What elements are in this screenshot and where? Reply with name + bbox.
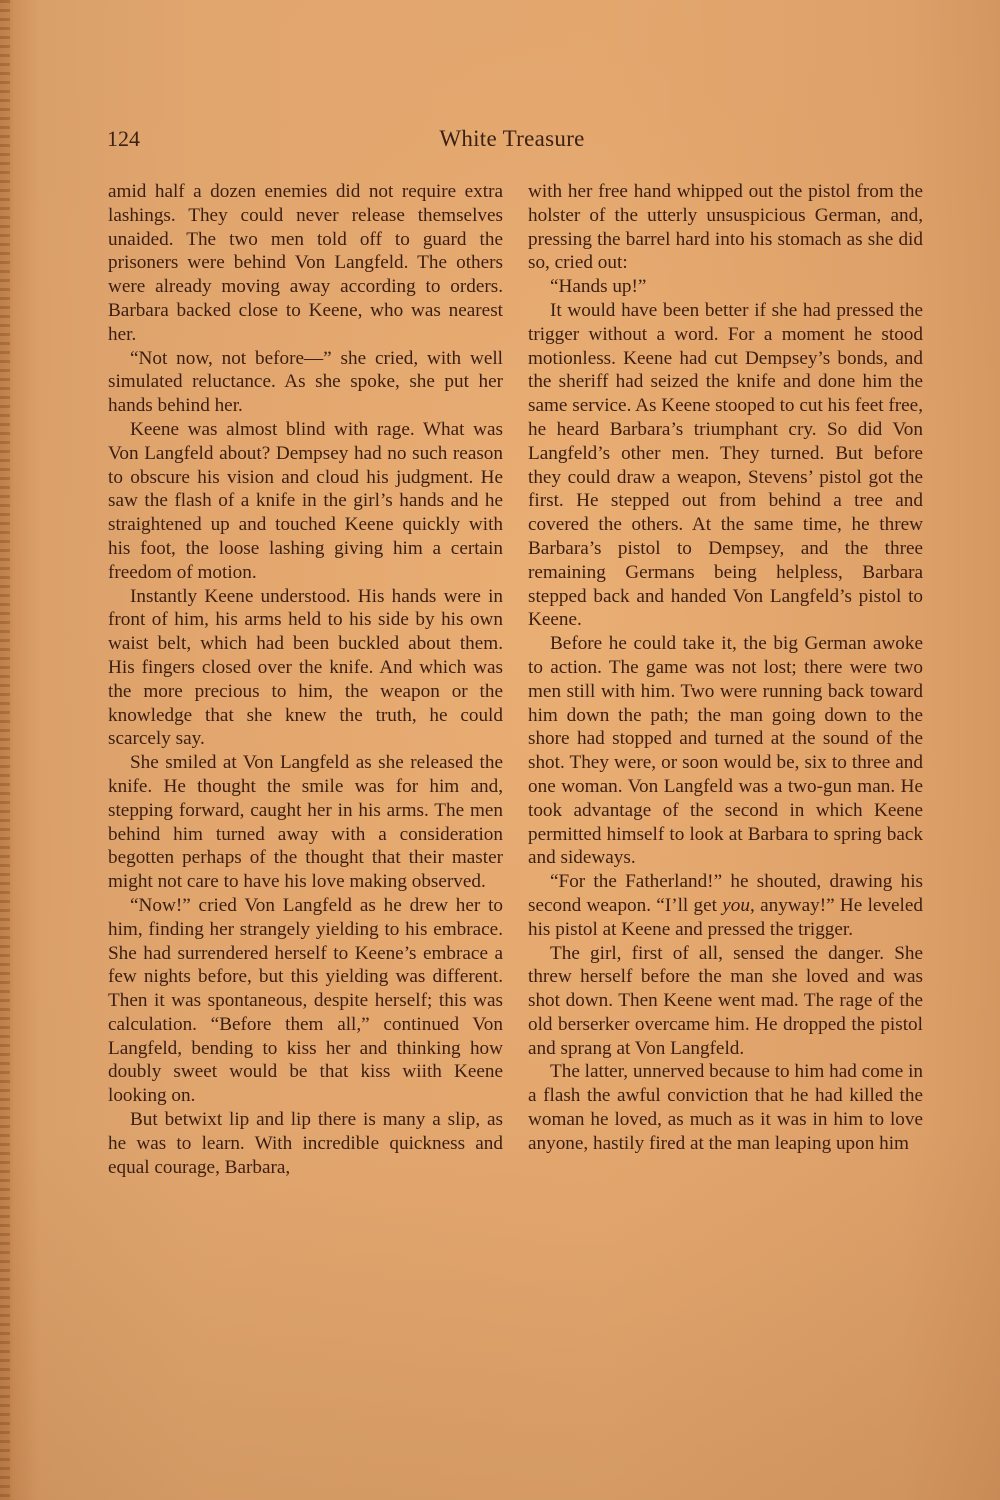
paragraph: The latter, unnerved because to him had … <box>528 1060 923 1155</box>
paragraph: amid half a dozen enemies did not requir… <box>108 180 503 347</box>
paragraph: Instantly Keene understood. His hands we… <box>108 585 503 752</box>
paragraph: “Hands up!” <box>528 275 923 299</box>
paragraph: with her free hand whipped out the pisto… <box>528 180 923 275</box>
left-column: amid half a dozen enemies did not requir… <box>108 180 503 1179</box>
page-gutter-edge <box>0 0 10 1500</box>
paragraph: Keene was almost blind with rage. What w… <box>108 418 503 585</box>
book-title: White Treasure <box>107 126 917 152</box>
book-page: 124 White Treasure amid half a dozen ene… <box>0 0 1000 1500</box>
running-head: 124 White Treasure <box>107 126 917 156</box>
paragraph: The girl, first of all, sensed the dange… <box>528 942 923 1061</box>
paragraph: “Now!” cried Von Langfeld as he drew her… <box>108 894 503 1108</box>
paragraph: It would have been better if she had pre… <box>528 299 923 632</box>
italic-emphasis: you <box>722 895 750 916</box>
paragraph: “Not now, not before—” she cried, with w… <box>108 347 503 418</box>
paragraph: She smiled at Von Langfeld as she releas… <box>108 751 503 894</box>
paragraph: Before he could take it, the big German … <box>528 632 923 870</box>
paragraph: But betwixt lip and lip there is many a … <box>108 1108 503 1179</box>
right-column: with her free hand whipped out the pisto… <box>528 180 923 1156</box>
paragraph-with-italic: “For the Fatherland!” he shouted, drawin… <box>528 870 923 941</box>
